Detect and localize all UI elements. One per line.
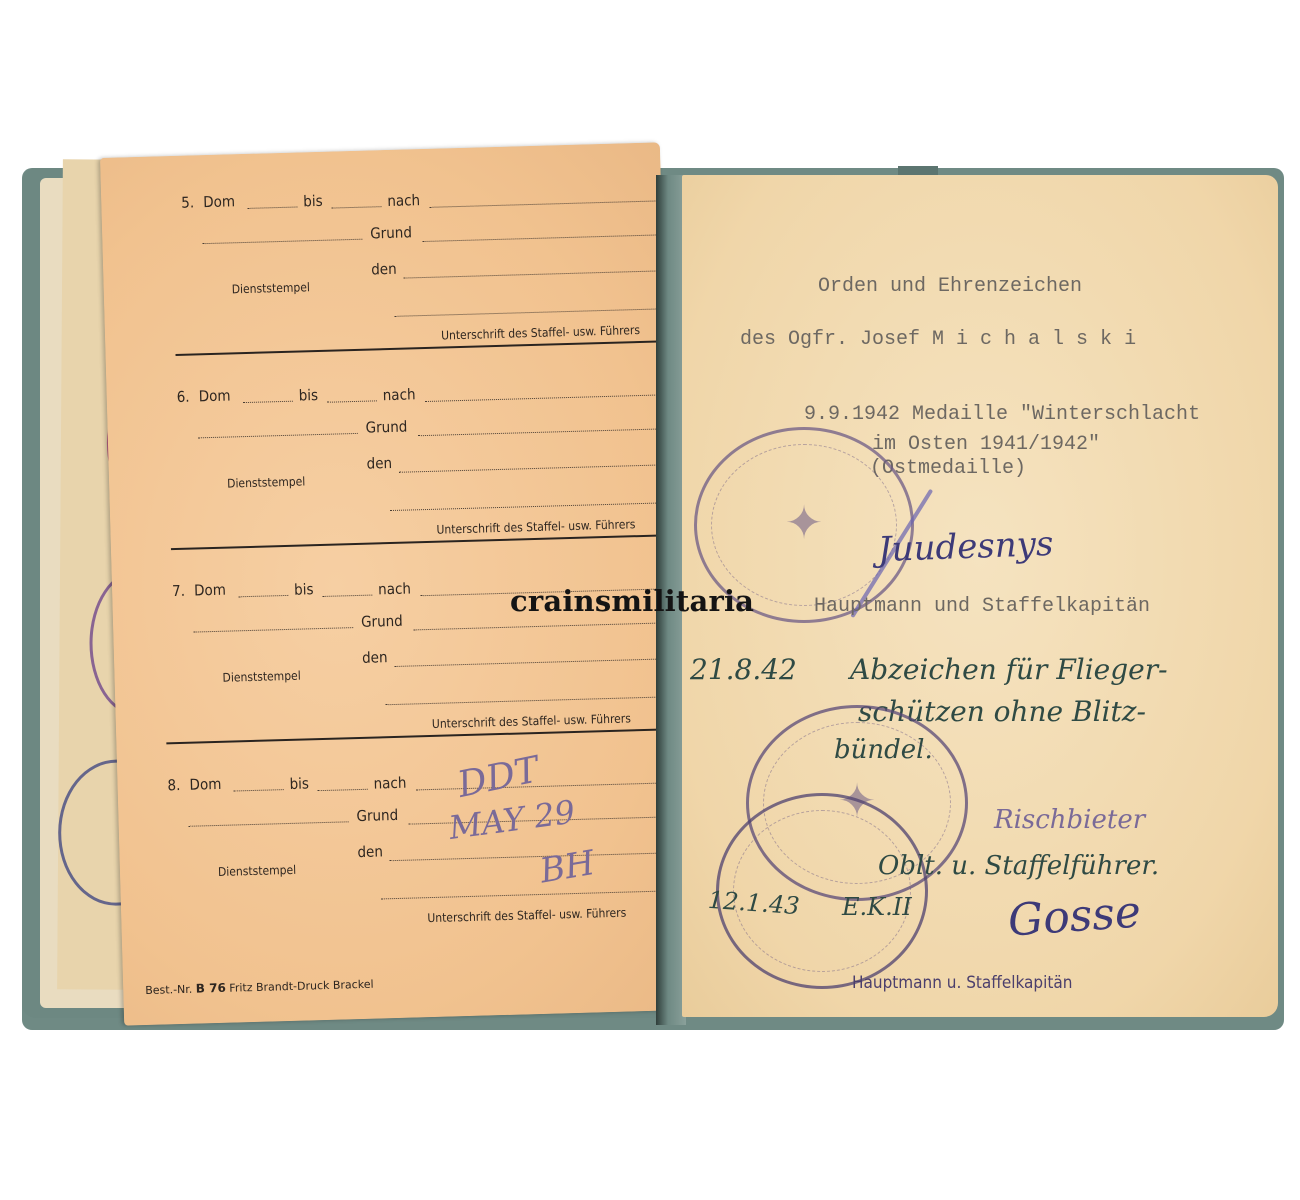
dienststempel-label: Dienststempel (218, 863, 297, 879)
eagle-emblem-icon: ✦ (785, 495, 824, 549)
bis-label: bis (303, 192, 323, 211)
bis-label: bis (294, 580, 314, 599)
von-field (243, 401, 293, 403)
grund-label: Grund (365, 418, 407, 437)
award3-award: E.K.II (842, 893, 912, 921)
holder-name: des Ogfr. Josef M i c h a l s k i (740, 328, 1136, 351)
bis-label: bis (289, 774, 309, 793)
order-number-label: Best.-Nr. (145, 983, 192, 997)
order-number: B 76 (196, 981, 226, 996)
award1-line2: im Osten 1941/1942" (872, 433, 1100, 456)
signature-rischbieter: Rischbieter (994, 805, 1145, 835)
signature-field (385, 696, 693, 706)
nach-field-2 (198, 433, 358, 438)
nach-field (425, 394, 685, 402)
award1-signer-title: Hauptmann und Staffelkapitän (814, 595, 1150, 618)
nach-label: nach (382, 385, 415, 404)
bis-field (331, 206, 381, 208)
von-field (247, 207, 297, 209)
bis-field (327, 400, 377, 402)
signature-field (390, 502, 688, 511)
bis-field (322, 595, 372, 597)
den-label: den (366, 454, 392, 473)
award2-line1: Abzeichen für Flieger- (850, 653, 1168, 686)
grund-label: Grund (356, 806, 398, 825)
signature-label: Unterschrift des Staffel- usw. Führers (436, 517, 635, 537)
entry-divider (166, 728, 672, 744)
von-label: Dom (198, 386, 230, 405)
nach-field-2 (202, 239, 362, 244)
award2-date: 21.8.42 (690, 653, 797, 686)
signature-label: Unterschrift des Staffel- usw. Führers (427, 906, 626, 926)
grund-label: Grund (370, 223, 412, 242)
printer-imprint: Best.-Nr. B 76 Fritz Brandt-Druck Bracke… (145, 977, 374, 997)
nach-field (429, 200, 679, 208)
page-heading: Orden und Ehrenzeichen (818, 275, 1082, 298)
entry-number: 7. (172, 582, 185, 600)
signature-commander: Gosse (1006, 886, 1142, 946)
den-label: den (357, 842, 383, 861)
watermark-text: crainsmilitaria (510, 584, 754, 618)
bis-field (318, 789, 368, 791)
nach-label: nach (373, 774, 406, 793)
grund-field (418, 428, 686, 436)
entry-number: 8. (167, 776, 180, 794)
entry-number: 6. (176, 388, 189, 406)
signature-scribble: Juudesnys (877, 524, 1054, 570)
form-entry: 6. Dom bis nach Grund den Dienststempel … (106, 364, 671, 572)
von-label: Dom (194, 581, 226, 600)
form-entry: 8. Dom bis nach Grund den Dienststempel … (117, 752, 682, 960)
printer-name: Fritz Brandt-Druck Brackel (229, 978, 374, 995)
nach-field-2 (193, 627, 353, 632)
nach-label: nach (378, 579, 411, 598)
dienststempel-label: Dienststempel (232, 280, 311, 296)
nach-label: nach (387, 191, 420, 210)
grund-label: Grund (361, 612, 403, 631)
right-page-awards: Orden und Ehrenzeichen des Ogfr. Josef M… (682, 175, 1278, 1017)
den-label: den (371, 260, 397, 279)
von-field (238, 595, 288, 597)
nach-field-2 (189, 821, 349, 826)
bis-label: bis (298, 386, 318, 405)
von-label: Dom (189, 775, 221, 794)
entry-number: 5. (181, 193, 194, 211)
signer2-title: Oblt. u. Staffelführer. (878, 851, 1159, 881)
signer3-title: Hauptmann u. Staffelkapitän (852, 973, 1072, 993)
signature-label: Unterschrift des Staffel- usw. Führers (441, 323, 640, 343)
den-field (403, 270, 681, 279)
grund-field (413, 622, 691, 631)
den-label: den (362, 648, 388, 667)
von-field (234, 789, 284, 791)
signature-label: Unterschrift des Staffel- usw. Führers (432, 711, 631, 731)
award1-line1: 9.9.1942 Medaille "Winterschlacht (804, 403, 1200, 426)
grund-field (422, 234, 680, 242)
entry-divider (176, 340, 682, 356)
form-entry: 5. Dom bis nach Grund den Dienststempel … (101, 170, 666, 378)
entry-divider (171, 534, 677, 550)
dienststempel-label: Dienststempel (222, 669, 301, 685)
dienststempel-label: Dienststempel (227, 474, 306, 490)
signature-field (395, 308, 683, 317)
signature-field (381, 890, 699, 900)
handwritten-note-3: BH (537, 843, 598, 892)
den-field (399, 464, 687, 473)
von-label: Dom (203, 192, 235, 211)
den-field (394, 658, 692, 667)
